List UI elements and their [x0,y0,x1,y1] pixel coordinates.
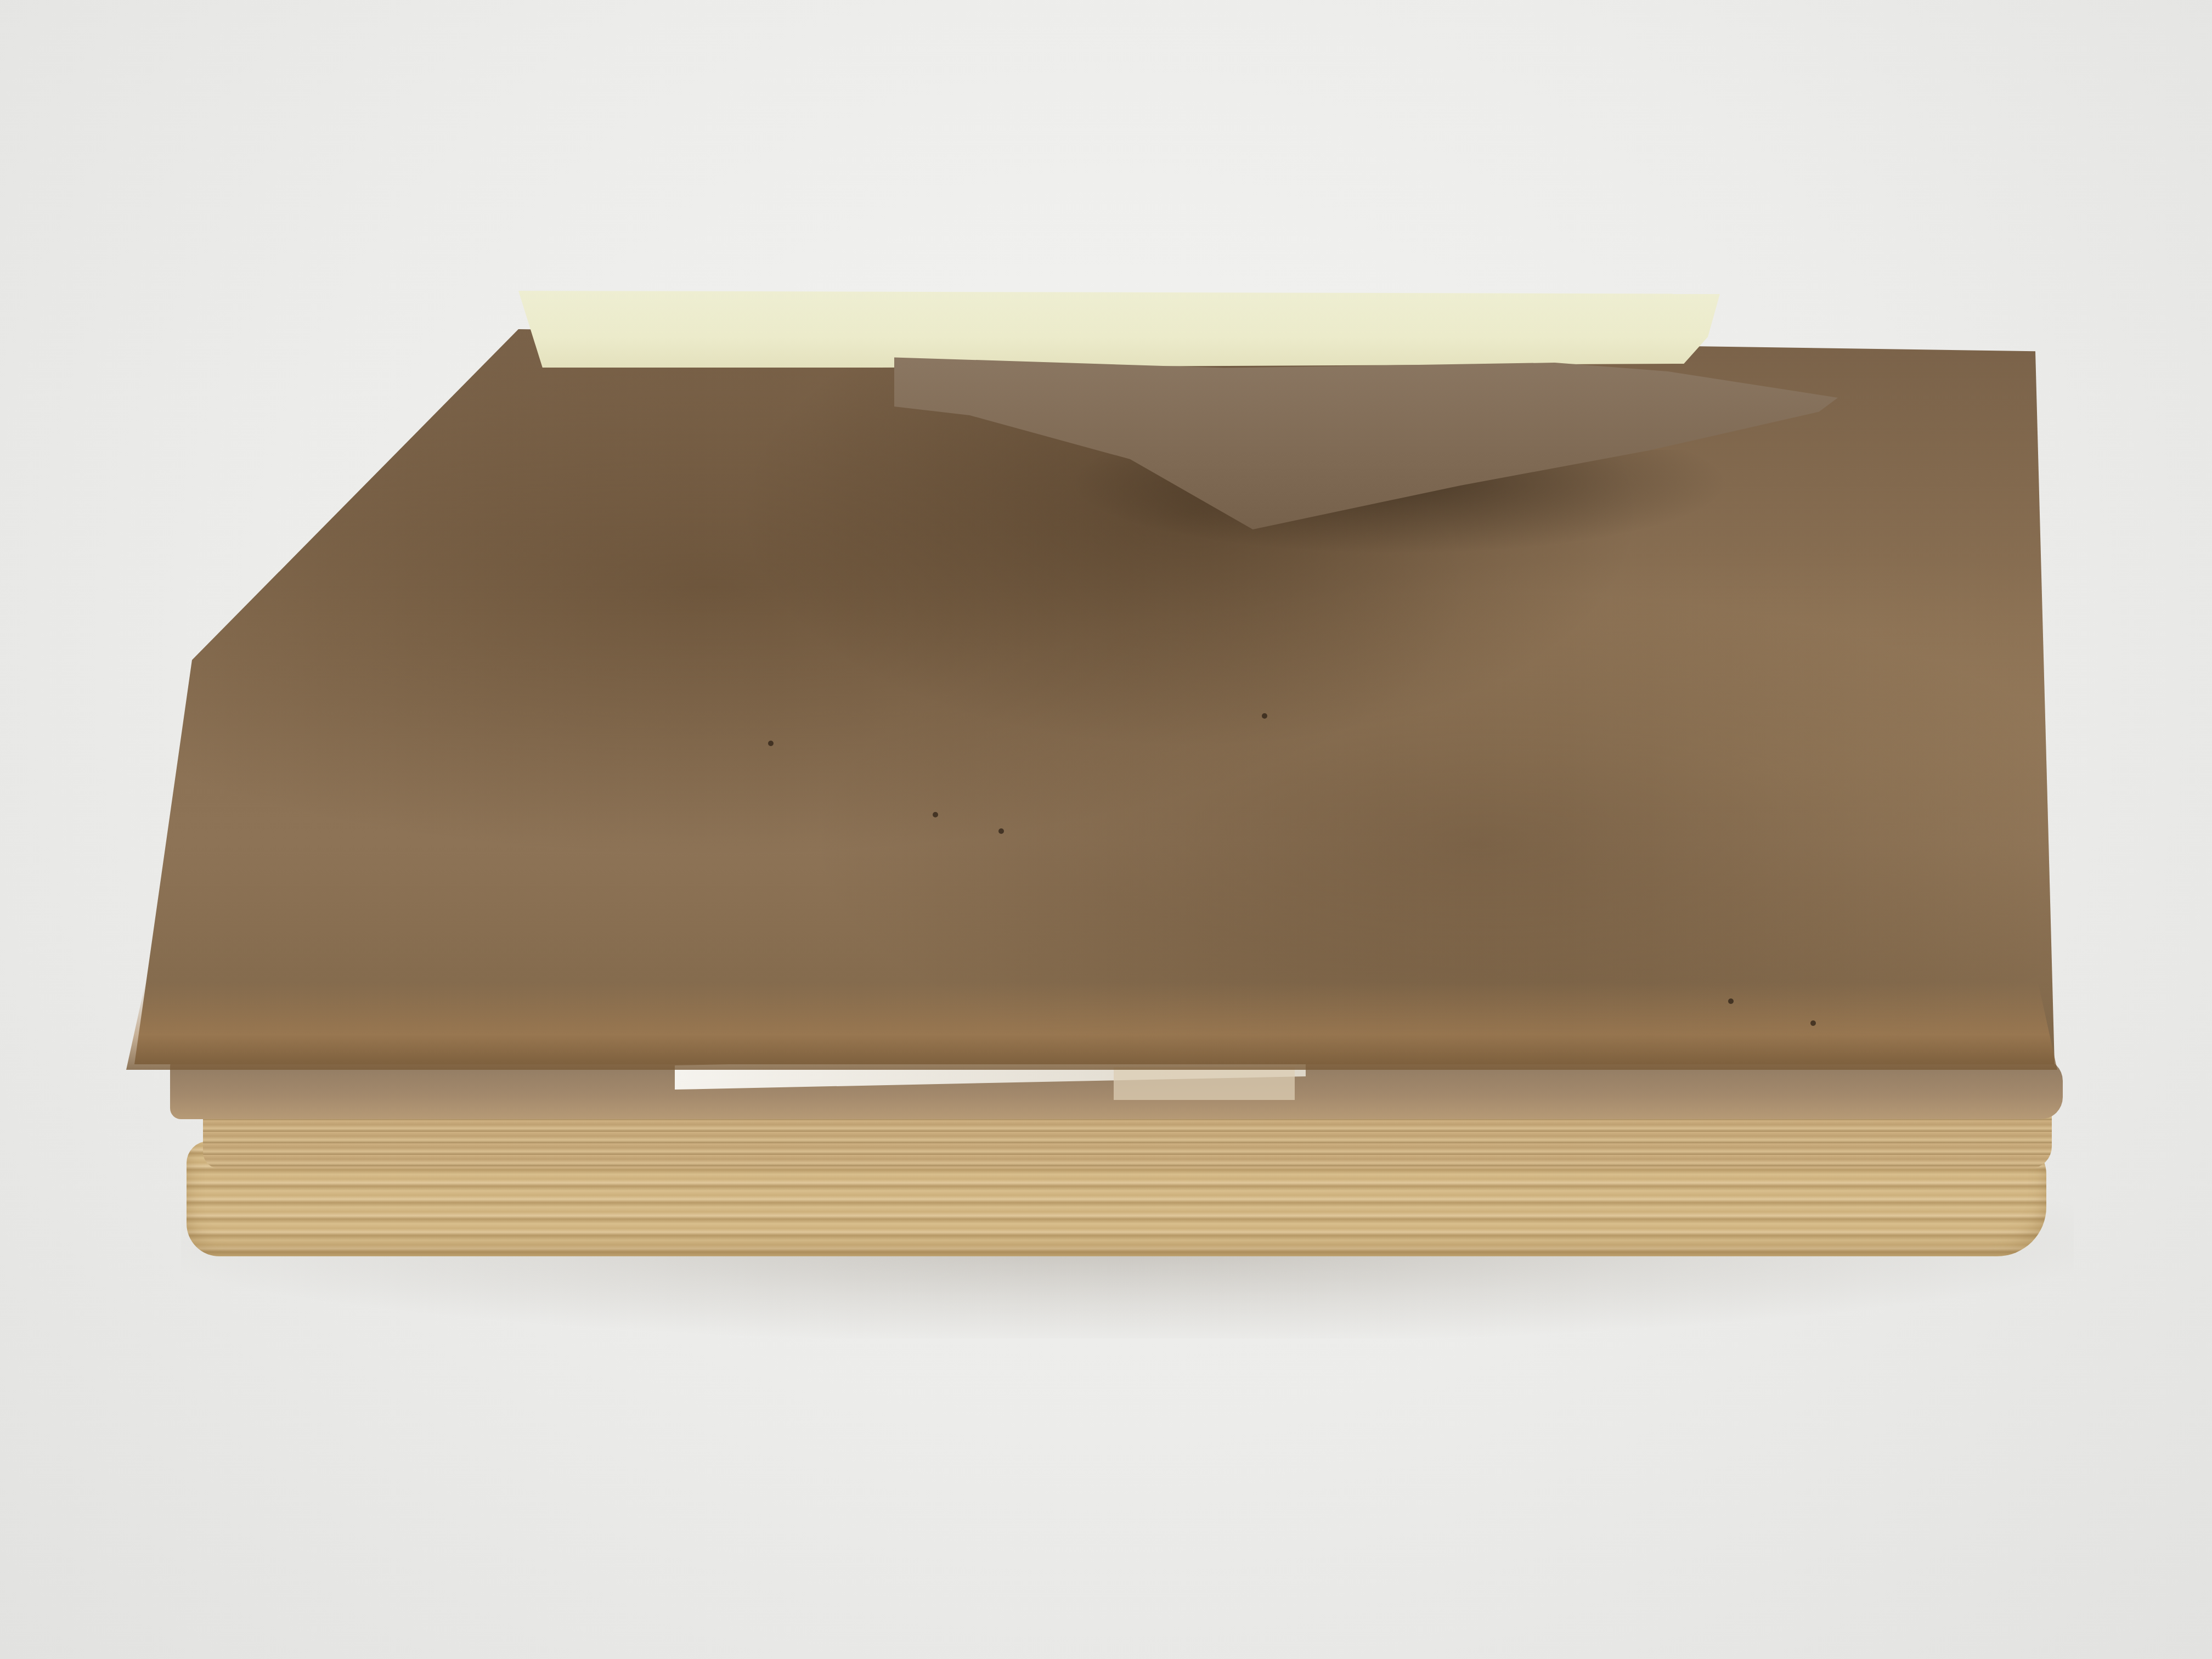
stain-speck [1728,998,1734,1004]
stain-speck [933,812,938,817]
stain-speck [998,828,1004,834]
cover-worn-edge [126,982,2057,1070]
spine-paper-strip [518,291,1720,368]
stain-speck [1810,1020,1816,1026]
stain-speck [768,741,774,746]
tape-piece [1114,1067,1295,1100]
photo-scene [0,0,2212,1659]
stain-speck [1262,713,1267,719]
